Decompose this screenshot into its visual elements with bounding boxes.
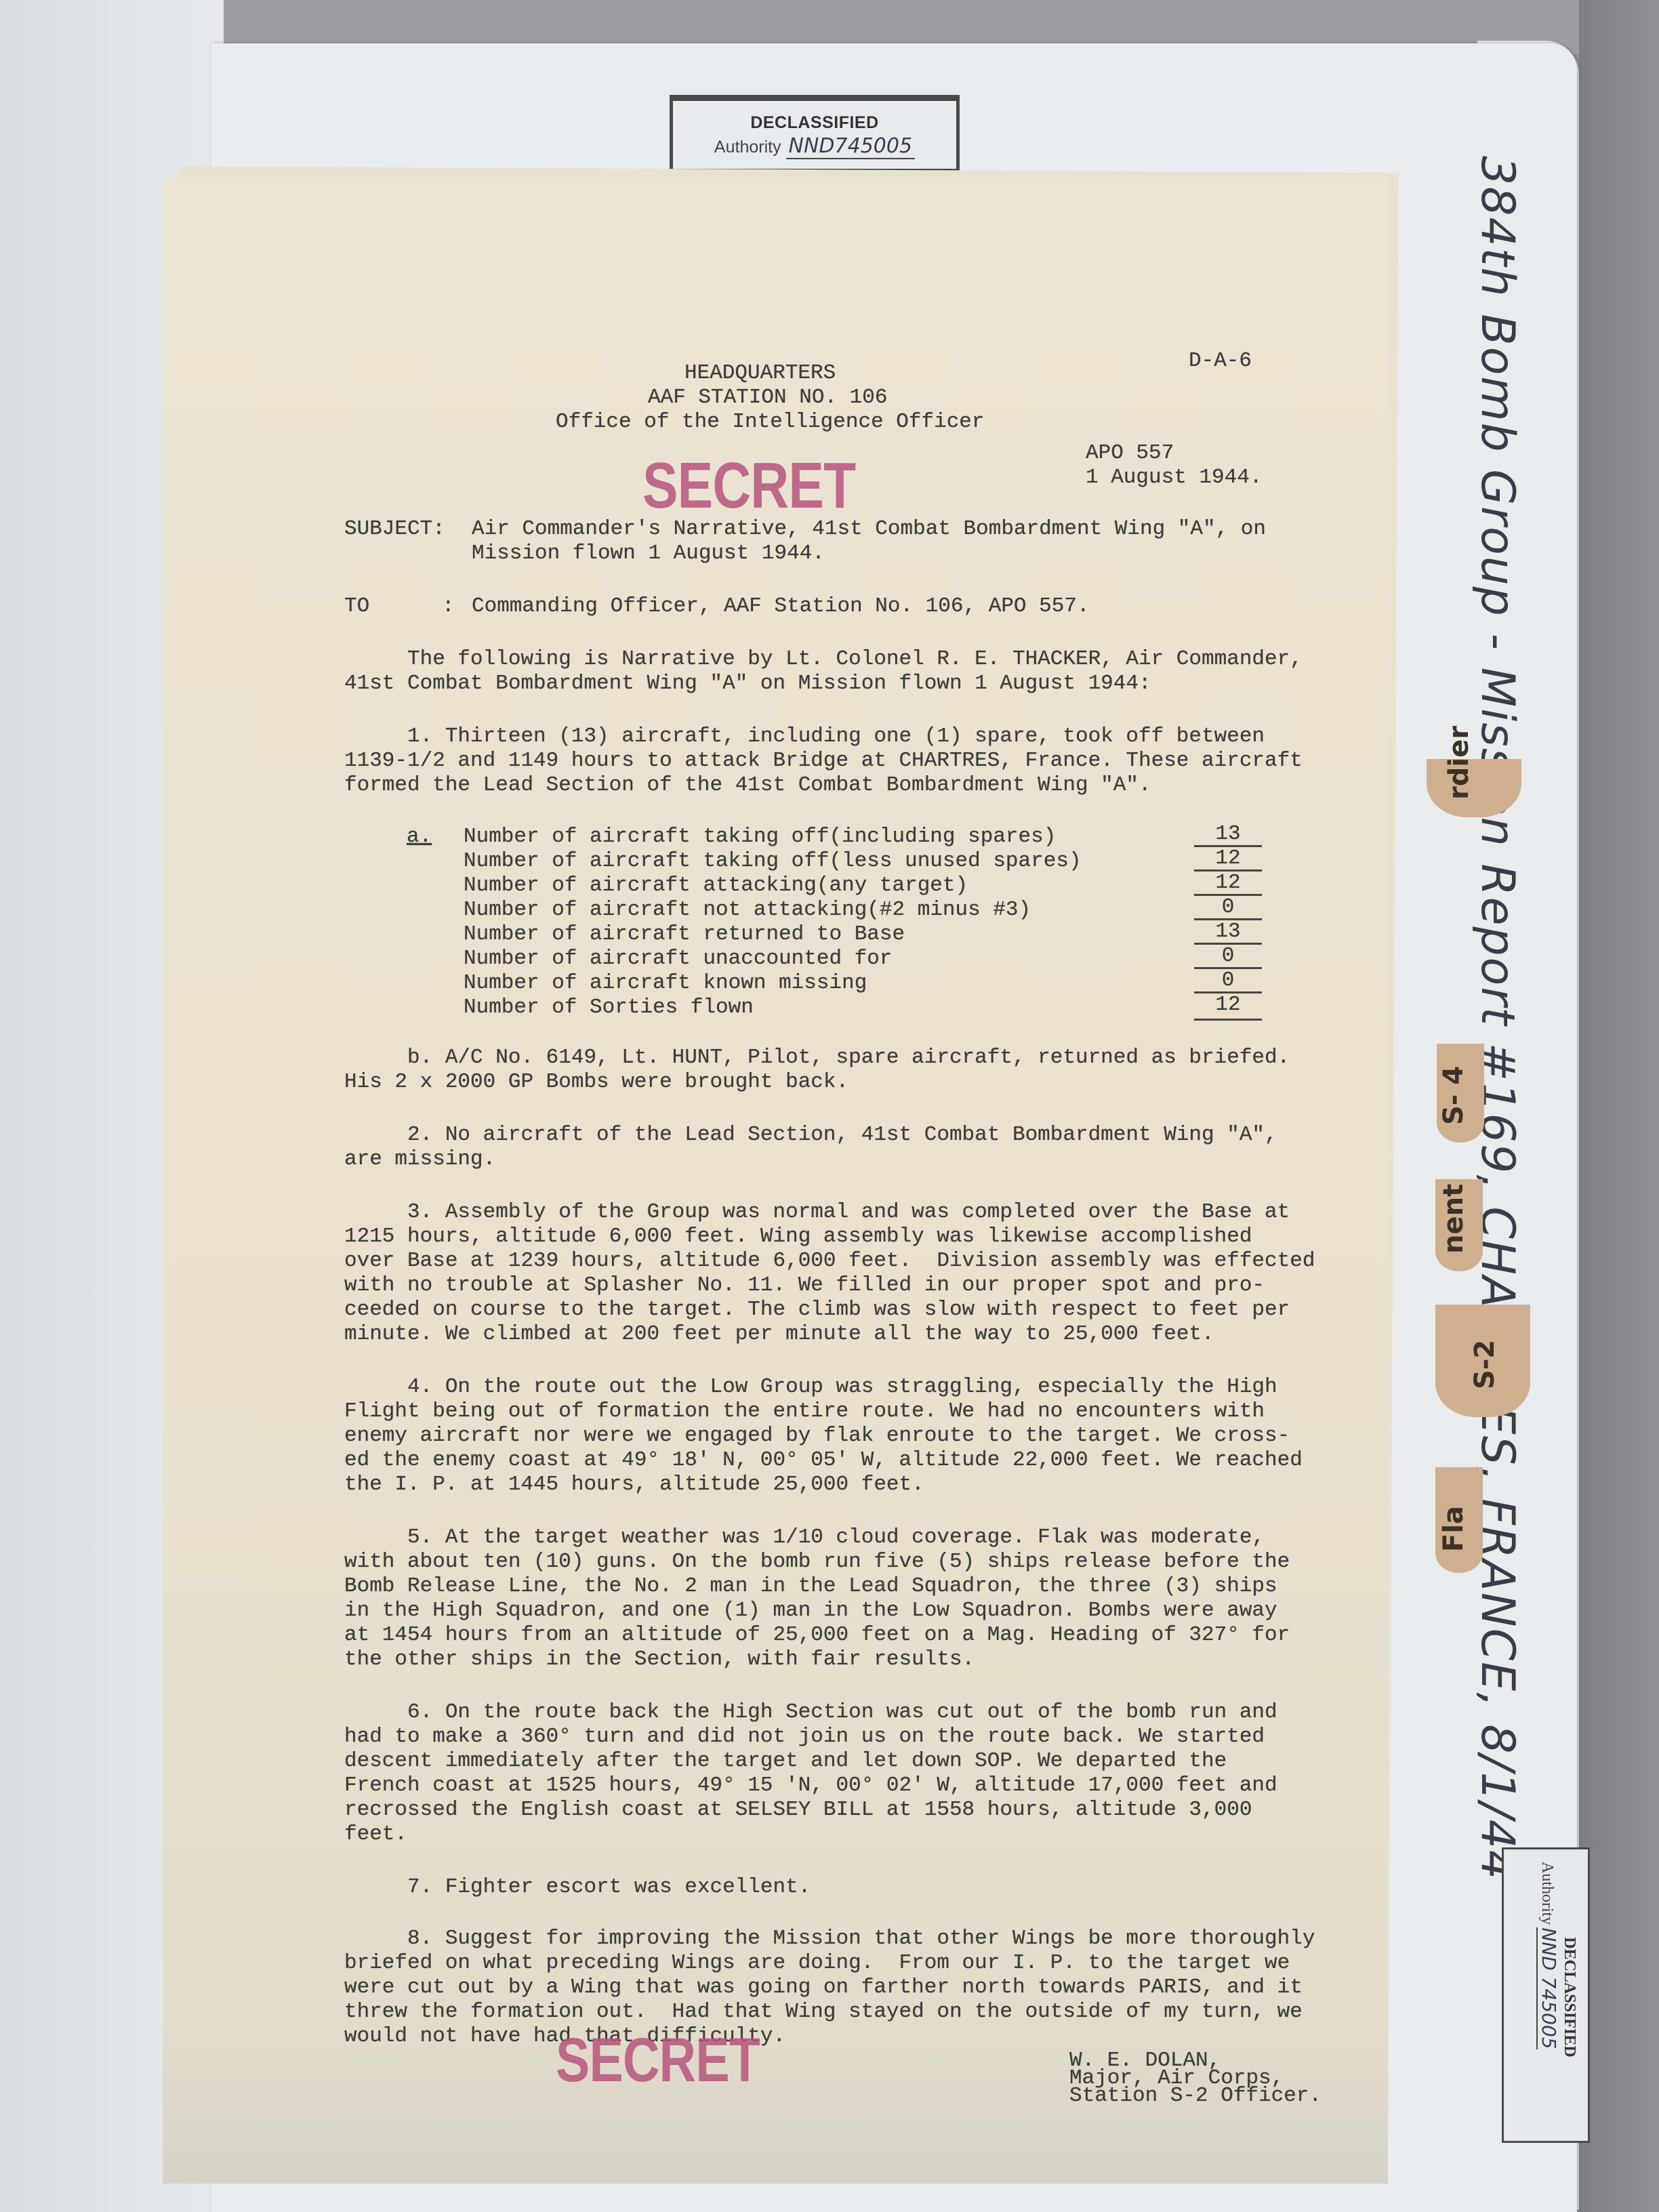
para2-line: 2. No aircraft of the Lead Section, 41st… — [344, 1122, 1277, 1147]
stats-label: Number of aircraft known missing — [464, 970, 867, 996]
to-value: Commanding Officer, AAF Station No. 106,… — [472, 594, 1090, 619]
stats-label: Number of aircraft unaccounted for — [464, 946, 893, 971]
para6-line: had to make a 360° turn and did not join… — [344, 1724, 1265, 1749]
stats-label: Number of aircraft returned to Base — [464, 922, 905, 947]
para4-line: Flight being out of formation the entire… — [344, 1399, 1265, 1424]
para1-line: 1139-1/2 and 1149 hours to attack Bridge… — [344, 748, 1303, 773]
para8-line: were cut out by a Wing that was going on… — [344, 1975, 1303, 2000]
subject-line-1: Air Commander's Narrative, 41st Combat B… — [472, 516, 1266, 541]
para6-line: feet. — [344, 1822, 407, 1847]
para3-line: 3. Assembly of the Group was normal and … — [344, 1200, 1290, 1225]
para1-line: 1. Thirteen (13) aircraft, including one… — [344, 724, 1265, 749]
intro-line-1: The following is Narrative by Lt. Colone… — [344, 647, 1303, 672]
secret-stamp-bottom: SECRET — [556, 2048, 760, 2073]
subject-line-2: Mission flown 1 August 1944. — [472, 541, 825, 566]
stats-value: 0 — [1211, 968, 1245, 993]
para8-line: 8. Suggest for improving the Mission tha… — [344, 1926, 1315, 1951]
declassified-title: DECLASSIFIED — [673, 113, 956, 133]
stats-underline — [1194, 894, 1262, 896]
stats-label: Number of aircraft taking off(including … — [464, 824, 1056, 849]
header-station: AAF STATION NO. 106 — [648, 385, 887, 410]
tab-label-armament: nent — [1438, 1184, 1469, 1254]
stats-marker: a. — [407, 824, 432, 849]
para6-line: descent immediately after the target and… — [344, 1748, 1227, 1774]
para1-line: formed the Lead Section of the 41st Comb… — [344, 773, 1151, 798]
para5-line: Bomb Release Line, the No. 2 man in the … — [344, 1574, 1277, 1599]
para3-line: ceeded on course to the target. The clim… — [344, 1297, 1290, 1322]
para3-line: minute. We climbed at 200 feet per minut… — [344, 1322, 1214, 1347]
stats-value: 13 — [1211, 919, 1245, 944]
subject-label: SUBJECT: — [344, 516, 445, 541]
para1b-line: His 2 x 2000 GP Bombs were brought back. — [344, 1069, 848, 1094]
stats-underline — [1194, 991, 1262, 994]
para8-line: threw the formation out. Had that Wing s… — [344, 1999, 1303, 2024]
stats-underline — [1194, 845, 1262, 847]
stats-label: Number of Sorties flown — [464, 995, 754, 1020]
document-date: 1 August 1944. — [1086, 465, 1262, 490]
header-office: Office of the Intelligence Officer — [556, 409, 985, 434]
declassified-stamp-top: DECLASSIFIED Authority NND745005 — [670, 95, 960, 175]
para6-line: French coast at 1525 hours, 49° 15 'N, 0… — [344, 1773, 1277, 1798]
para1b-line: b. A/C No. 6149, Lt. HUNT, Pilot, spare … — [344, 1045, 1290, 1070]
stats-value: 12 — [1211, 870, 1245, 895]
tab-label-s2: S-2 — [1469, 1340, 1500, 1389]
authority-label: Authority — [714, 138, 781, 157]
stats-value: 0 — [1211, 895, 1245, 920]
intro-line-2: 41st Combat Bombardment Wing "A" on Miss… — [344, 671, 1151, 696]
stats-label: Number of aircraft taking off(less unuse… — [464, 848, 1082, 874]
stats-value: 13 — [1211, 821, 1245, 846]
tab-label-s4: S- 4 — [1438, 1066, 1469, 1125]
background-right — [1579, 0, 1659, 2212]
authority-side-number: NND 745005 — [1536, 1927, 1560, 2049]
para6-line: recrossed the English coast at SELSEY BI… — [344, 1797, 1252, 1822]
authority-side-label: Authority — [1538, 1862, 1556, 1925]
stats-value: 0 — [1211, 943, 1245, 968]
secret-stamp-top: SECRET — [642, 473, 855, 498]
stats-value: 12 — [1211, 992, 1245, 1017]
para4-line: the I. P. at 1445 hours, altitude 25,000… — [344, 1472, 924, 1497]
para8-line: briefed on what preceding Wings are doin… — [344, 1950, 1290, 1975]
authority-number: NND745005 — [786, 134, 916, 159]
stats-underline — [1194, 918, 1262, 920]
para6-line: 6. On the route back the High Section wa… — [344, 1700, 1277, 1725]
para5-line: at 1454 hours from an altitude of 25,000… — [344, 1622, 1290, 1647]
stats-underline — [1194, 1019, 1262, 1021]
typed-report-page: D-A-6 HEADQUARTERS AAF STATION NO. 106 O… — [163, 178, 1388, 2184]
para4-line: ed the enemy coast at 49° 18' N, 00° 05'… — [344, 1448, 1303, 1473]
declassified-side-title: DECLASSIFIED — [1560, 1862, 1578, 2133]
para3-line: with no trouble at Splasher No. 11. We f… — [344, 1273, 1265, 1298]
to-label: TO — [344, 594, 369, 619]
stats-value: 12 — [1211, 846, 1245, 871]
para5-line: the other ships in the Section, with fai… — [344, 1647, 975, 1672]
para4-line: 4. On the route out the Low Group was st… — [344, 1374, 1277, 1399]
stats-label: Number of aircraft attacking(any target) — [464, 873, 968, 898]
para4-line: enemy aircraft nor were we engaged by fl… — [344, 1423, 1290, 1448]
header-headquarters: HEADQUARTERS — [684, 361, 836, 386]
para3-line: 1215 hours, altitude 6,000 feet. Wing as… — [344, 1224, 1252, 1249]
para5-line: 5. At the target weather was 1/10 cloud … — [344, 1525, 1265, 1550]
signature-title: Station S-2 Officer. — [1069, 2083, 1322, 2108]
para5-line: with about ten (10) guns. On the bomb ru… — [344, 1549, 1290, 1574]
para5-line: in the High Squadron, and one (1) man in… — [344, 1598, 1277, 1623]
doc-code: D-A-6 — [1189, 348, 1252, 373]
stats-underline — [1194, 943, 1262, 945]
declassified-stamp-side: DECLASSIFIED Authority NND 745005 — [1502, 1847, 1590, 2143]
to-separator: : — [442, 594, 455, 619]
stats-label: Number of aircraft not attacking(#2 minu… — [464, 897, 1031, 922]
para2-line: are missing. — [344, 1147, 495, 1172]
tab-label-flak: Fla — [1438, 1506, 1469, 1552]
para7-line: 7. Fighter escort was excellent. — [344, 1875, 811, 1900]
handwritten-folder-label: 384th Bomb Group - Mission Report #169, … — [1471, 156, 1524, 1881]
apo-number: APO 557 — [1086, 441, 1174, 466]
tab-label-bombardier: rdier — [1443, 726, 1475, 800]
stats-underline — [1194, 869, 1262, 872]
para3-line: over Base at 1239 hours, altitude 6,000 … — [344, 1248, 1315, 1273]
stats-underline — [1194, 967, 1262, 969]
